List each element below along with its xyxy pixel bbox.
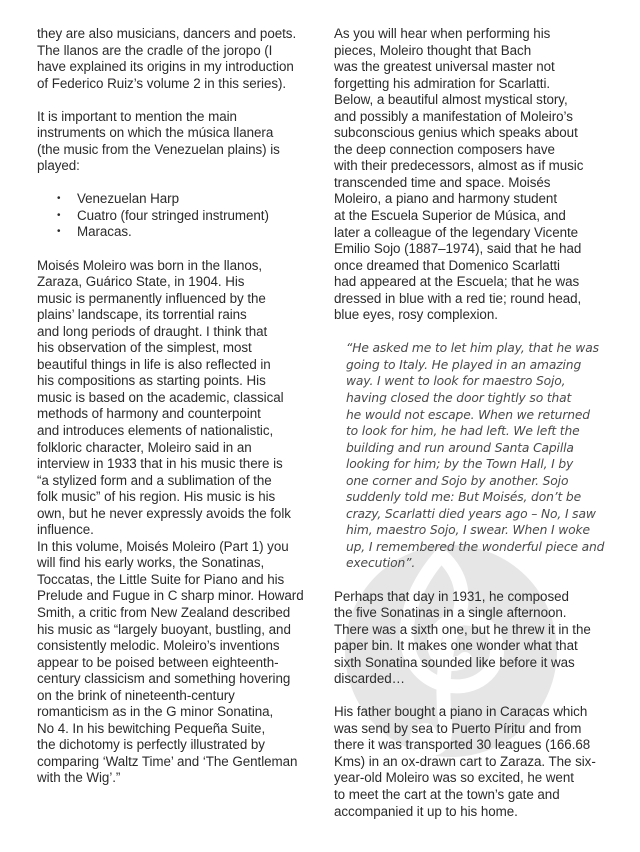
list-item: Maracas. (37, 224, 317, 241)
dream-quote: “He asked me to let him play, that he wa… (346, 340, 619, 572)
right-column: As you will hear when performing his pie… (334, 26, 619, 820)
list-item: Venezuelan Harp (37, 191, 317, 208)
instruments-list: Venezuelan Harp Cuatro (four stringed in… (37, 191, 317, 241)
left-column: they are also musicians, dancers and poe… (37, 26, 317, 787)
volume-contents-paragraph: In this volume, Moisés Moleiro (Part 1) … (37, 539, 317, 787)
sonatinas-paragraph: Perhaps that day in 1931, he composed th… (334, 589, 619, 688)
instruments-intro-paragraph: It is important to mention the main inst… (37, 109, 317, 175)
intro-paragraph: they are also musicians, dancers and poe… (37, 26, 317, 92)
piano-arrival-paragraph: His father bought a piano in Caracas whi… (334, 704, 619, 820)
bach-scarlatti-paragraph: As you will hear when performing his pie… (334, 26, 619, 324)
list-item: Cuatro (four stringed instrument) (37, 208, 317, 225)
biography-paragraph: Moisés Moleiro was born in the llanos, Z… (37, 258, 317, 539)
